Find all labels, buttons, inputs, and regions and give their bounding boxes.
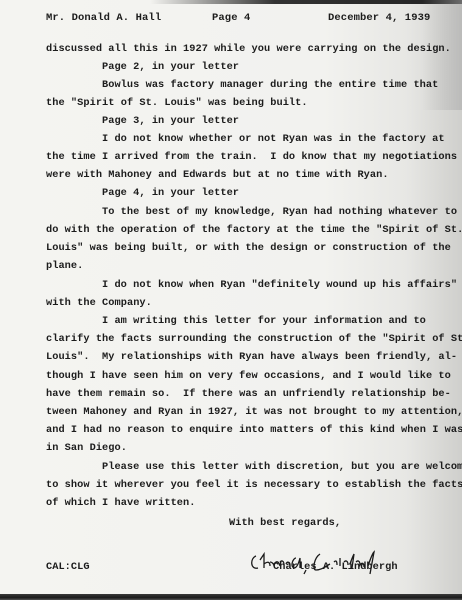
body-line: To the best of my knowledge, Ryan had no… — [102, 206, 457, 218]
body-line: Louis" was being built, or with the desi… — [46, 242, 451, 254]
body-line: in San Diego. — [46, 442, 127, 454]
body-line: with the Company. — [46, 297, 152, 309]
body-line: I do not know whether or not Ryan was in… — [102, 133, 445, 145]
body-line: of which I have written. — [46, 497, 196, 509]
body-line: Page 2, in your letter — [102, 61, 239, 73]
body-line: I am writing this letter for your inform… — [102, 315, 426, 327]
body-line: plane. — [46, 260, 83, 272]
body-line: and I had no reason to enquire into matt… — [46, 424, 462, 436]
body-line: Bowlus was factory manager during the en… — [102, 79, 438, 91]
header-page-number: Page 4 — [212, 12, 250, 24]
body-line: were with Mahoney and Edwards but at no … — [46, 169, 389, 181]
body-line: clarify the facts surrounding the constr… — [46, 333, 462, 345]
typed-signature-name: Charles A. Lindbergh — [273, 561, 398, 573]
header-date: December 4, 1939 — [328, 12, 430, 24]
scan-bottom-edge — [0, 594, 462, 600]
typist-initials: CAL:CLG — [46, 561, 90, 573]
body-line: Page 4, in your letter — [102, 187, 239, 199]
closing-salutation: With best regards, — [229, 517, 341, 529]
body-line: though I have seen him on very few occas… — [46, 370, 451, 382]
body-line: discussed all this in 1927 while you wer… — [46, 43, 451, 55]
body-line: do with the operation of the factory at … — [46, 224, 462, 236]
body-line: tween Mahoney and Ryan in 1927, it was n… — [46, 406, 462, 418]
body-line: the "Spirit of St. Louis" was being buil… — [46, 97, 308, 109]
body-line: Please use this letter with discretion, … — [102, 461, 462, 473]
scan-top-edge — [150, 0, 462, 4]
letter-page: Mr. Donald A. Hall Page 4 December 4, 19… — [0, 0, 462, 600]
body-line: the time I arrived from the train. I do … — [46, 151, 457, 163]
body-line: to show it wherever you feel it is neces… — [46, 479, 462, 491]
body-line: I do not know when Ryan "definitely woun… — [102, 279, 457, 291]
body-line: have them remain so. If there was an unf… — [46, 388, 451, 400]
body-line: Page 3, in your letter — [102, 115, 239, 127]
header-recipient: Mr. Donald A. Hall — [46, 12, 161, 24]
body-line: Louis". My relationships with Ryan have … — [46, 351, 457, 363]
